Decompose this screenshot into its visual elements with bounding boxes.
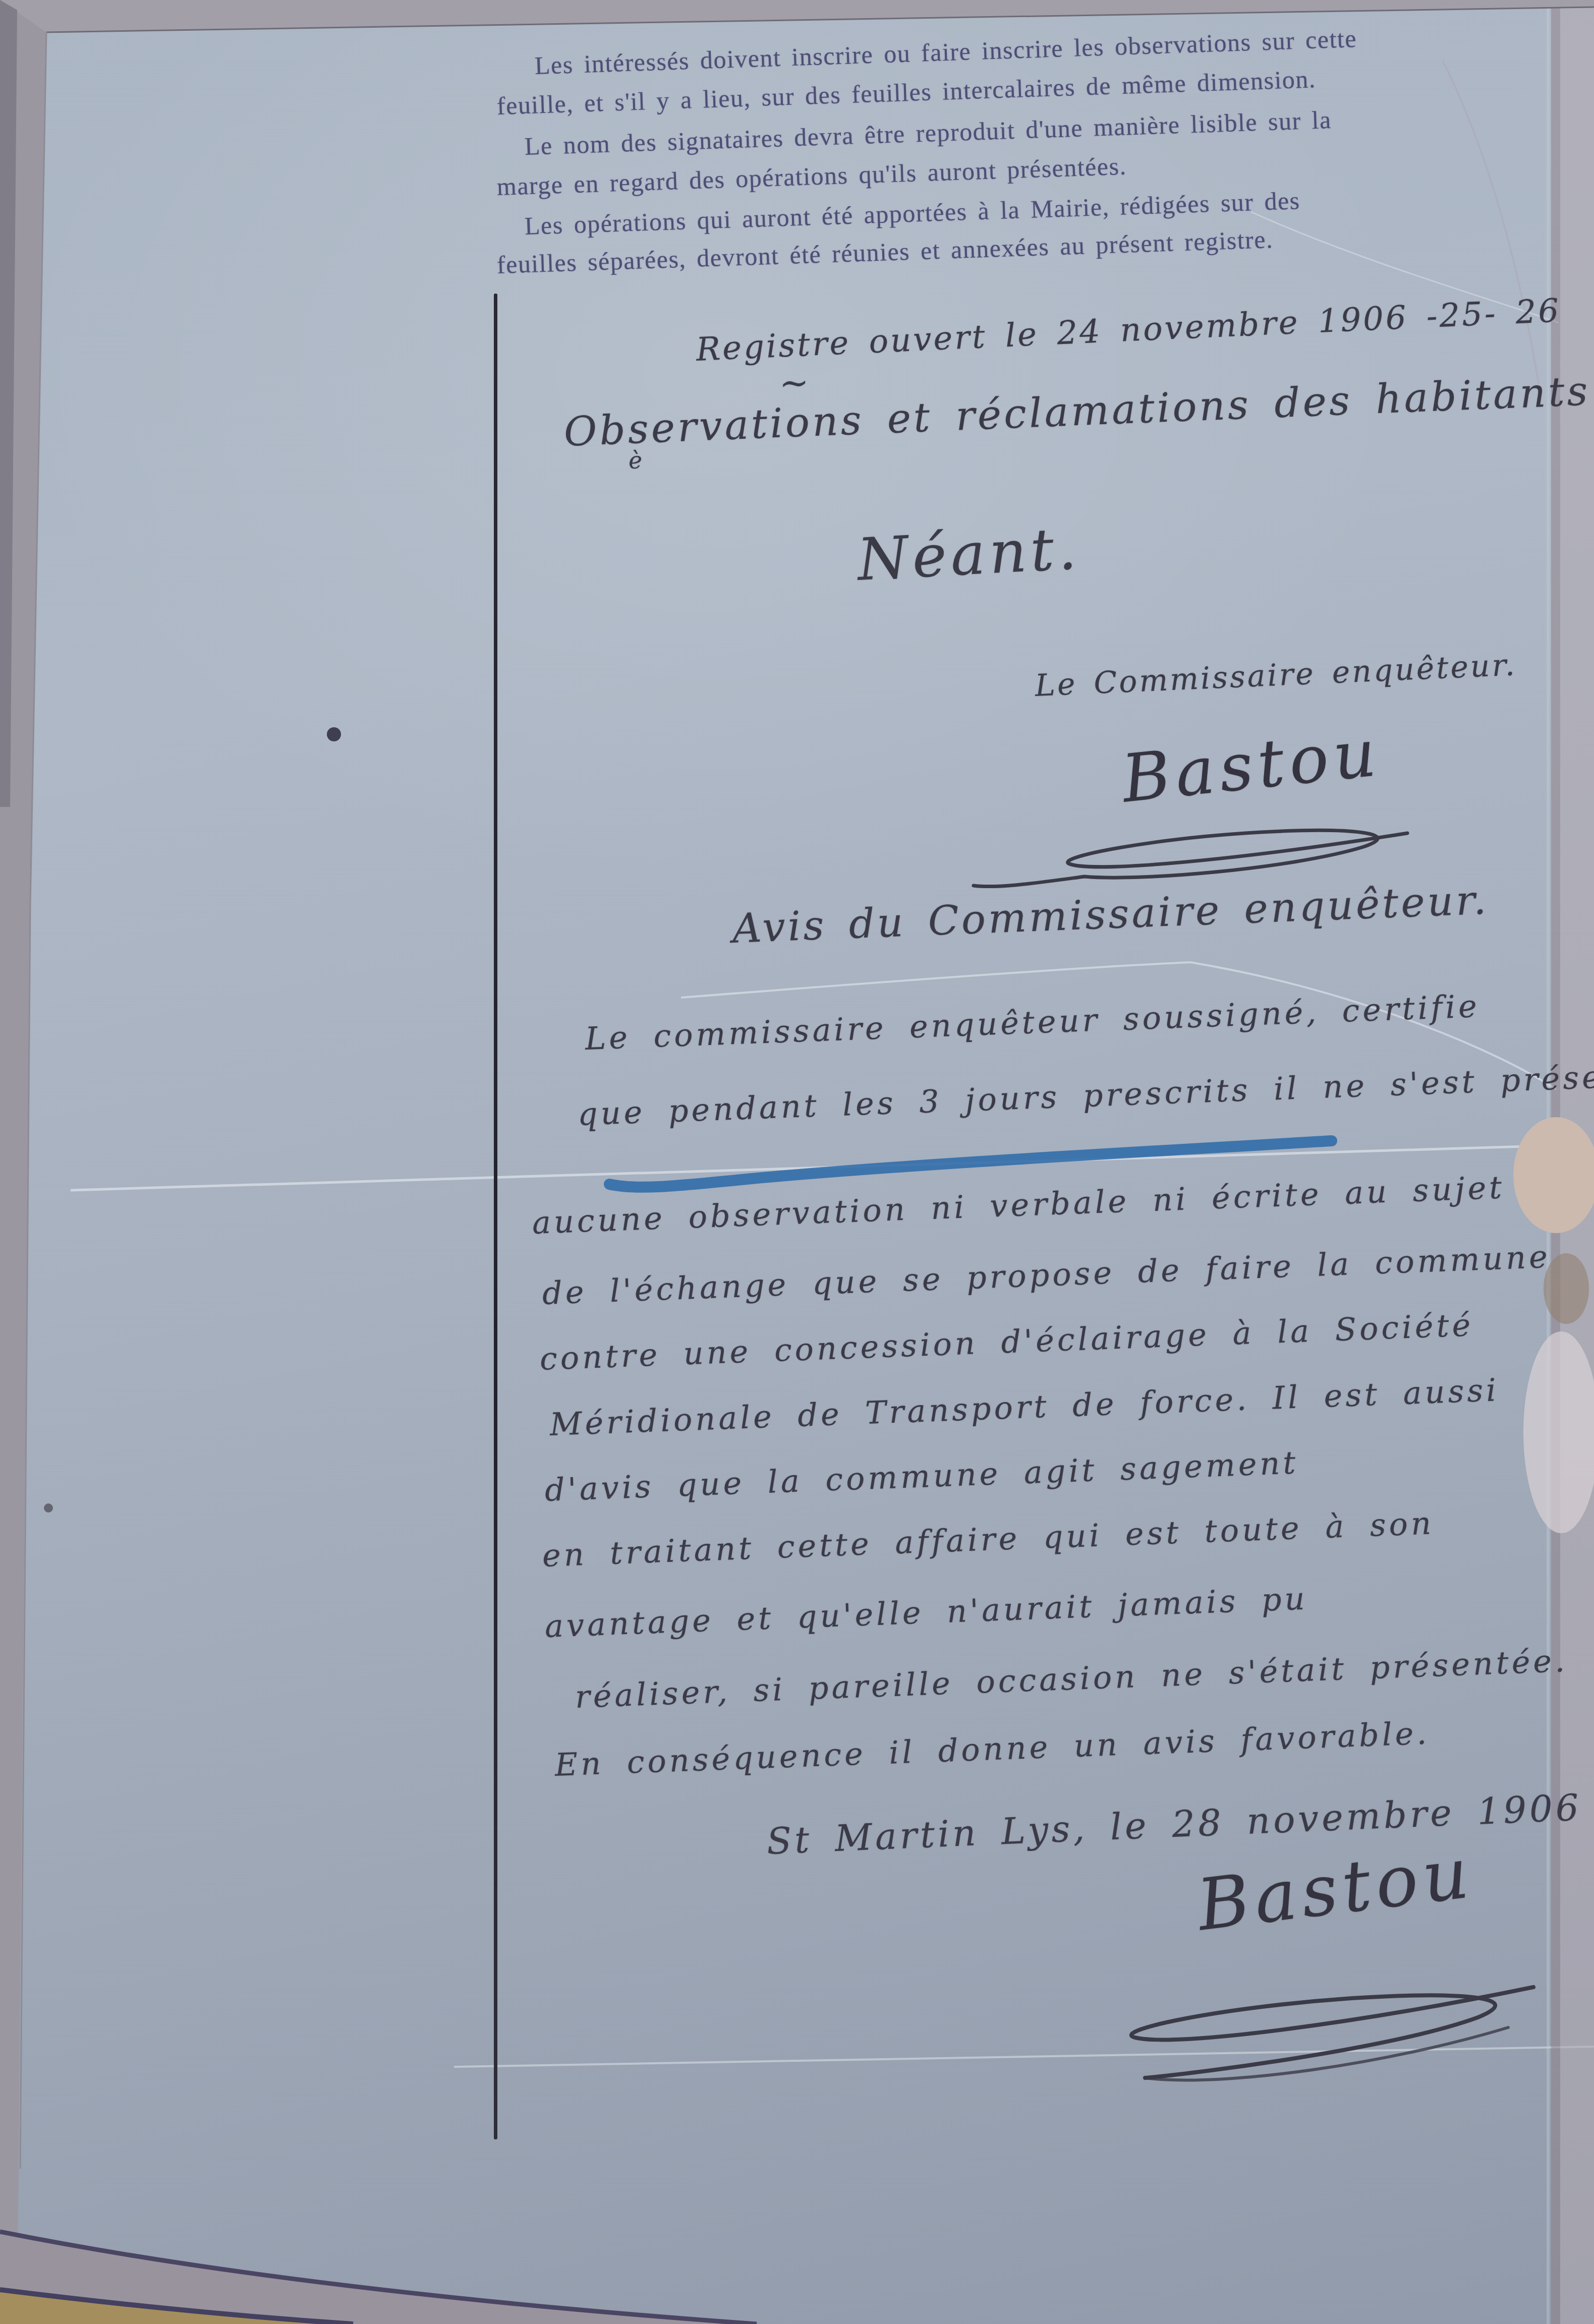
margin-rule bbox=[494, 294, 497, 2139]
photo-of-register-page: Les intéressés doivent inscrire ou faire… bbox=[0, 0, 1594, 2324]
insertion-mark: è bbox=[628, 448, 643, 472]
tilde-mark: ~ bbox=[779, 365, 810, 401]
observations-content-neant: Néant. bbox=[856, 520, 1081, 590]
